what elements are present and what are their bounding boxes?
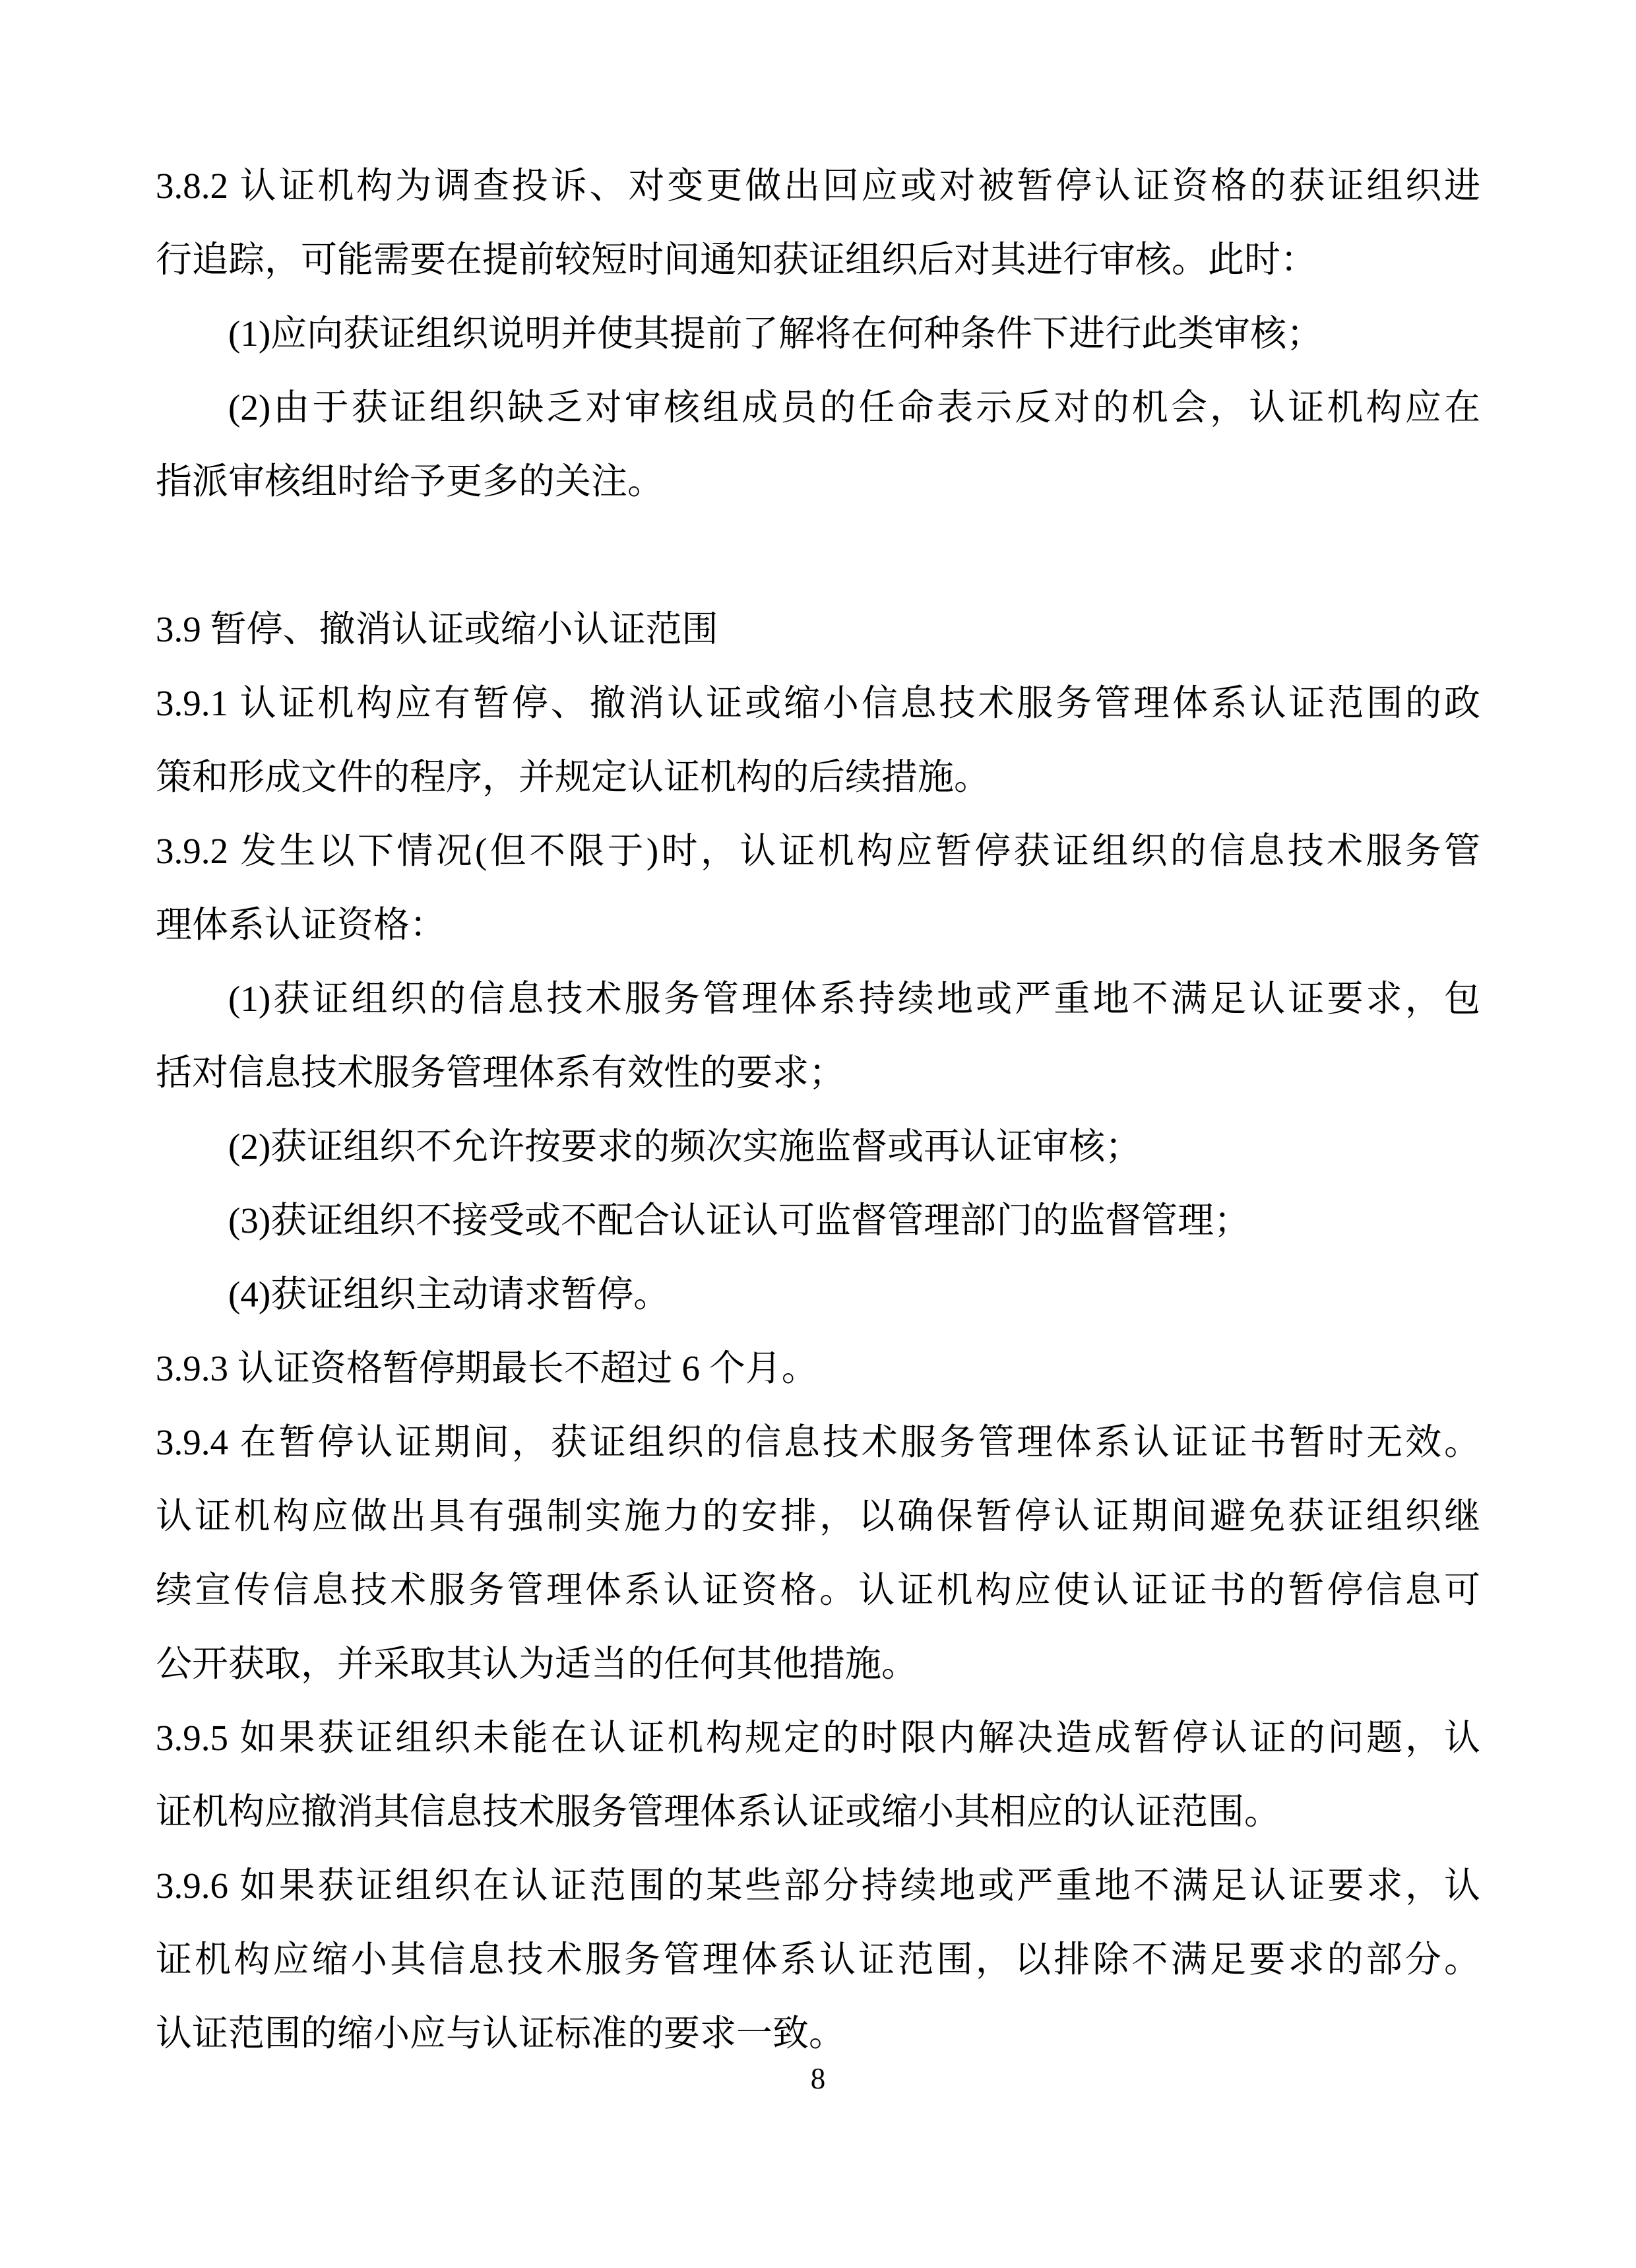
text-line: 3.9.5 如果获证组织未能在认证机构规定的时限内解决造成暂停认证的问题，认 [156, 1701, 1480, 1775]
document-page: 3.8.2 认证机构为调查投诉、对变更做出回应或对被暂停认证资格的获证组织进 行… [0, 0, 1636, 2268]
page-number: 8 [0, 2057, 1636, 2100]
list-item: (4)获证组织主动请求暂停。 [156, 1258, 1480, 1332]
text-line: 续宣传信息技术服务管理体系认证资格。认证机构应使认证证书的暂停信息可 [156, 1553, 1480, 1627]
text-line: 3.9.4 在暂停认证期间，获证组织的信息技术服务管理体系认证证书暂时无效。 [156, 1406, 1480, 1479]
text-line: 公开获取，并采取其认为适当的任何其他措施。 [156, 1627, 1480, 1701]
list-item: (3)获证组织不接受或不配合认证认可监督管理部门的监督管理； [156, 1184, 1480, 1258]
text-line: 指派审核组时给予更多的关注。 [156, 445, 1480, 519]
text-line: 行追踪，可能需要在提前较短时间通知获证组织后对其进行审核。此时： [156, 223, 1480, 297]
text-line: 3.9.3 认证资格暂停期最长不超过 6 个月。 [156, 1332, 1480, 1406]
list-item: (1)应向获证组织说明并使其提前了解将在何种条件下进行此类审核； [156, 297, 1480, 371]
list-item: (1)获证组织的信息技术服务管理体系持续地或严重地不满足认证要求，包 [156, 962, 1480, 1036]
text-line: 认证机构应做出具有强制实施力的安排，以确保暂停认证期间避免获证组织继 [156, 1479, 1480, 1553]
text-line: 括对信息技术服务管理体系有效性的要求； [156, 1036, 1480, 1110]
text-line: 3.8.2 认证机构为调查投诉、对变更做出回应或对被暂停认证资格的获证组织进 [156, 149, 1480, 223]
text-line: 证机构应撤消其信息技术服务管理体系认证或缩小其相应的认证范围。 [156, 1775, 1480, 1849]
list-item: (2)由于获证组织缺乏对审核组成员的任命表示反对的机会，认证机构应在 [156, 371, 1480, 445]
text-line: 3.9.2 发生以下情况(但不限于)时，认证机构应暂停获证组织的信息技术服务管 [156, 814, 1480, 888]
text-line: 3.9.1 认证机构应有暂停、撤消认证或缩小信息技术服务管理体系认证范围的政 [156, 666, 1480, 740]
text-line: 策和形成文件的程序，并规定认证机构的后续措施。 [156, 740, 1480, 814]
text-block: 3.8.2 认证机构为调查投诉、对变更做出回应或对被暂停认证资格的获证组织进 行… [156, 149, 1480, 2071]
text-line: 证机构应缩小其信息技术服务管理体系认证范围，以排除不满足要求的部分。 [156, 1923, 1480, 1997]
section-heading: 3.9 暂停、撤消认证或缩小认证范围 [156, 593, 1480, 666]
text-line: 理体系认证资格： [156, 888, 1480, 962]
text-line: 3.9.6 如果获证组织在认证范围的某些部分持续地或严重地不满足认证要求，认 [156, 1849, 1480, 1923]
list-item: (2)获证组织不允许按要求的频次实施监督或再认证审核； [156, 1110, 1480, 1184]
blank-line [156, 519, 1480, 593]
